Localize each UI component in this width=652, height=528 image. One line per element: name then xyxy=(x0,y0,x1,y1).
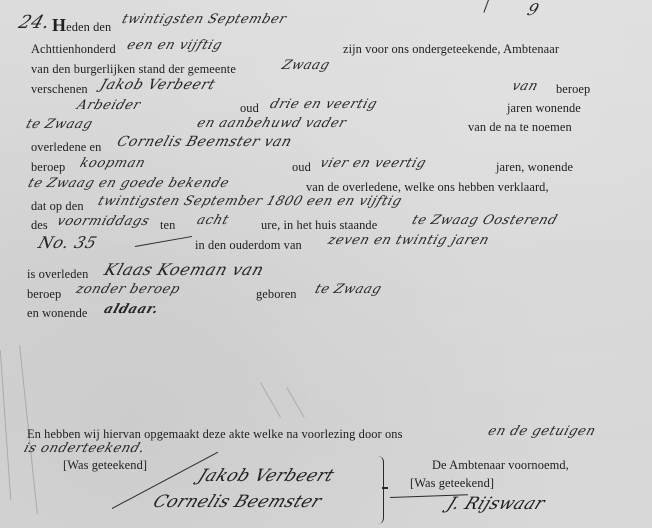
handwritten-death-date: twintigsten September 1800 een en vijfti… xyxy=(96,194,404,209)
printed-line-8c: jaren, wonende xyxy=(496,160,573,175)
printed-text: eden den xyxy=(66,20,111,34)
corner-mark: 9 xyxy=(525,0,542,19)
was-signed-left: [Was geteekend] xyxy=(63,458,147,473)
handwritten-year: een en vijftig xyxy=(125,38,224,53)
printed-line-11c: ure, in het huis staande xyxy=(261,218,377,233)
printed-line-8a: beroep xyxy=(31,160,65,175)
scanned-document-page: 24. 9 Heden den twintigsten September Ac… xyxy=(0,0,652,528)
printed-line-6: van de na te noemen xyxy=(468,120,572,135)
corner-stroke xyxy=(483,0,489,13)
printed-line-14a: beroep xyxy=(27,287,61,302)
handwritten-declarant1-age: drie en veertig xyxy=(268,97,379,112)
scan-scratch xyxy=(260,382,281,417)
fill-stroke xyxy=(135,236,192,247)
printed-line-10: dat op den xyxy=(31,199,84,214)
handwritten-declarant2-occupation: koopman xyxy=(78,156,147,171)
dropcap-letter: H xyxy=(52,15,66,35)
handwritten-date-day: twintigsten September xyxy=(120,12,289,27)
bracket-divider xyxy=(373,456,384,524)
handwritten-death-time-part: voormiddags xyxy=(55,214,152,229)
official-title: De Ambtenaar voornoemd, xyxy=(432,458,569,473)
printed-line-4a: verschenen xyxy=(31,82,88,97)
was-signed-right: [Was geteekend] xyxy=(410,476,494,491)
handwritten-deceased-name: Klaas Koeman van xyxy=(102,260,267,279)
scan-scratch xyxy=(286,387,304,418)
bracket-tip xyxy=(382,487,388,489)
handwritten-declarant1-occupation: Arbeider xyxy=(75,98,143,113)
printed-line-15: en wonende xyxy=(27,306,88,321)
printed-line-13: is overleden xyxy=(27,267,88,282)
handwritten-declarant2-age: vier en veertig xyxy=(318,156,428,171)
handwritten-deceased-age: zeven en twintig jaren xyxy=(326,233,491,248)
handwritten-closing-2: is onderteekend. xyxy=(22,441,147,456)
record-number: 24. xyxy=(16,12,53,33)
printed-line-11a: des xyxy=(31,218,48,233)
printed-line-5b: jaren wonende xyxy=(507,101,581,116)
printed-line-1: Heden den xyxy=(52,15,111,36)
handwritten-declarant1-name: Jakob Verbeert xyxy=(98,77,218,93)
handwritten-deceased-occupation: zonder beroep xyxy=(74,282,182,297)
handwritten-death-hour: acht xyxy=(195,213,231,228)
handwritten-death-place: te Zwaag Oosterend xyxy=(410,213,560,228)
signature-declarant2: Cornelis Beemster xyxy=(150,492,325,512)
handwritten-declarant2-name: Cornelis Beemster van xyxy=(115,134,294,150)
printed-line-2a: Achttienhonderd xyxy=(31,42,116,57)
signature-declarant1: Jakob Verbeert xyxy=(195,466,337,486)
printed-line-5a: oud xyxy=(240,101,259,116)
scan-scratch xyxy=(0,350,11,500)
printed-line-12: in den ouderdom van xyxy=(195,238,302,253)
signature-official: J. Rijswaar xyxy=(444,494,548,514)
printed-line-14b: geboren xyxy=(256,287,297,302)
printed-line-4b: beroep xyxy=(556,82,590,97)
printed-line-8b: oud xyxy=(292,160,311,175)
handwritten-closing-1: en de getuigen xyxy=(486,424,598,439)
handwritten-municipality: Zwaag xyxy=(280,58,332,73)
printed-line-9: van de overledene, welke ons hebben verk… xyxy=(306,180,549,195)
handwritten-declarant2-residence: te Zwaag en goede bekende xyxy=(26,176,231,191)
handwritten-declarant1-relation: en aanbehuwd vader xyxy=(195,116,348,131)
handwritten-residence: aldaar. xyxy=(102,302,161,317)
handwritten-house-number: No. 35 xyxy=(36,233,100,252)
printed-closing: En hebben wij hiervan opgemaakt deze akt… xyxy=(27,427,403,442)
printed-line-7: overledene en xyxy=(31,140,101,155)
handwritten-birthplace: te Zwaag xyxy=(313,282,384,297)
printed-line-3: van den burgerlijken stand der gemeente xyxy=(31,62,236,77)
printed-line-11b: ten xyxy=(160,218,175,233)
printed-line-2b: zijn voor ons ondergeteekende, Ambtenaar xyxy=(343,42,559,57)
handwritten-declarant1-residence: te Zwaag xyxy=(24,117,95,132)
handwritten-declarant1-suffix: van xyxy=(510,79,540,94)
